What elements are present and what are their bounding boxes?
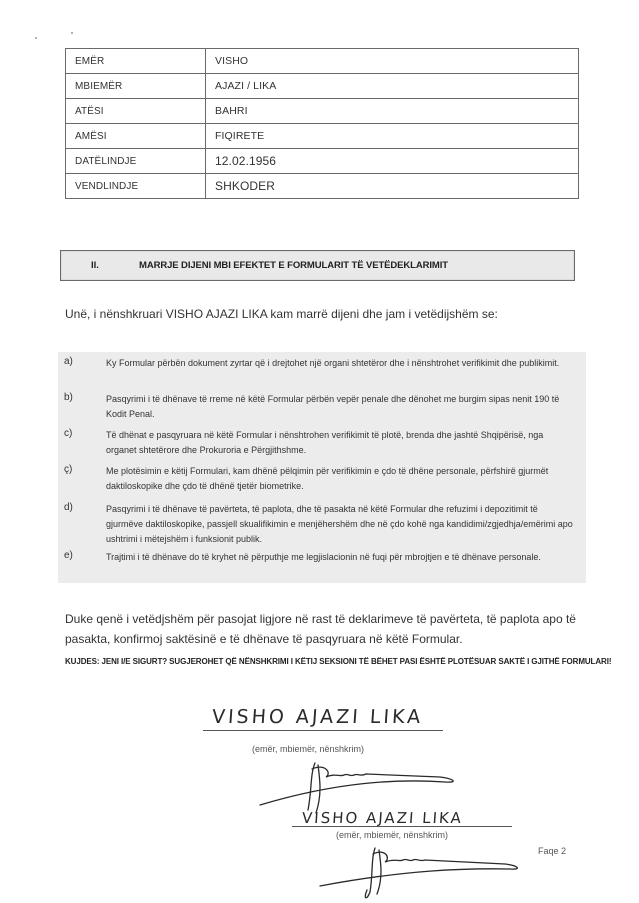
warning-notice: KUJDES: JENI I/E SIGURT? SUGJEROHET QË N… [65,654,625,669]
field-value: 12.02.1956 [206,149,579,174]
list-item-letter: ç) [64,464,72,475]
signature-scribble [240,755,480,815]
table-row: EMËRVISHO [66,49,579,74]
field-label: DATËLINDJE [66,149,206,174]
field-label: AMËSI [66,124,206,149]
signature-line [292,826,512,827]
scan-speck [35,37,37,39]
list-item-text: Pasqyrimi i të dhënave të rreme në këtë … [106,392,576,422]
field-value: BAHRI [206,99,579,124]
list-item-text: Ky Formular përbën dokument zyrtar që i … [106,356,576,371]
list-item-text: Të dhënat e pasqyruara në këtë Formular … [106,428,576,458]
field-label: VENDLINDJE [66,174,206,199]
handwritten-name: VISHO AJAZI LIKA [301,809,463,827]
signature-line [203,730,443,731]
table-row: DATËLINDJE12.02.1956 [66,149,579,174]
acknowledgement-list: a) Ky Formular përbën dokument zyrtar që… [58,352,586,583]
field-label: MBIEMËR [66,74,206,99]
scan-speck [71,32,73,34]
signature-caption: (emër, mbiemër, nënshkrim) [252,744,364,754]
list-item-letter: d) [64,502,73,513]
field-label: ATËSI [66,99,206,124]
confirmation-statement: Duke qenë i vetëdjshëm për pasojat ligjo… [65,609,595,649]
table-row: MBIEMËRAJAZI / LIKA [66,74,579,99]
field-value: FIQIRETE [206,124,579,149]
table-row: ATËSIBAHRI [66,99,579,124]
list-item-letter: e) [64,550,73,561]
personal-data-table: EMËRVISHOMBIEMËRAJAZI / LIKAATËSIBAHRIAM… [65,48,579,199]
list-item-text: Trajtimi i të dhënave do të kryhet në pë… [106,550,576,565]
section-number: II. [91,260,99,271]
list-item-text: Pasqyrimi i të dhënave të pavërteta, të … [106,502,576,547]
page-number: Faqe 2 [538,846,566,856]
table-row: VENDLINDJESHKODER [66,174,579,199]
field-label: EMËR [66,49,206,74]
list-item-letter: c) [64,428,72,439]
section-heading: II. MARRJE DIJENI MBI EFEKTET E FORMULAR… [60,250,575,281]
field-value: SHKODER [206,174,579,199]
list-item-letter: b) [64,392,73,403]
intro-statement: Unë, i nënshkruari VISHO AJAZI LIKA kam … [65,307,498,321]
field-value: AJAZI / LIKA [206,74,579,99]
table-row: AMËSIFIQIRETE [66,124,579,149]
section-title: MARRJE DIJENI MBI EFEKTET E FORMULARIT T… [139,260,448,271]
list-item-text: Me plotësimin e këtij Formulari, kam dhë… [106,464,576,494]
list-item-letter: a) [64,356,73,367]
signature-scribble [315,842,545,902]
handwritten-name: VISHO AJAZI LIKA [211,706,424,728]
signature-caption: (emër, mbiemër, nënshkrim) [336,830,448,840]
field-value: VISHO [206,49,579,74]
